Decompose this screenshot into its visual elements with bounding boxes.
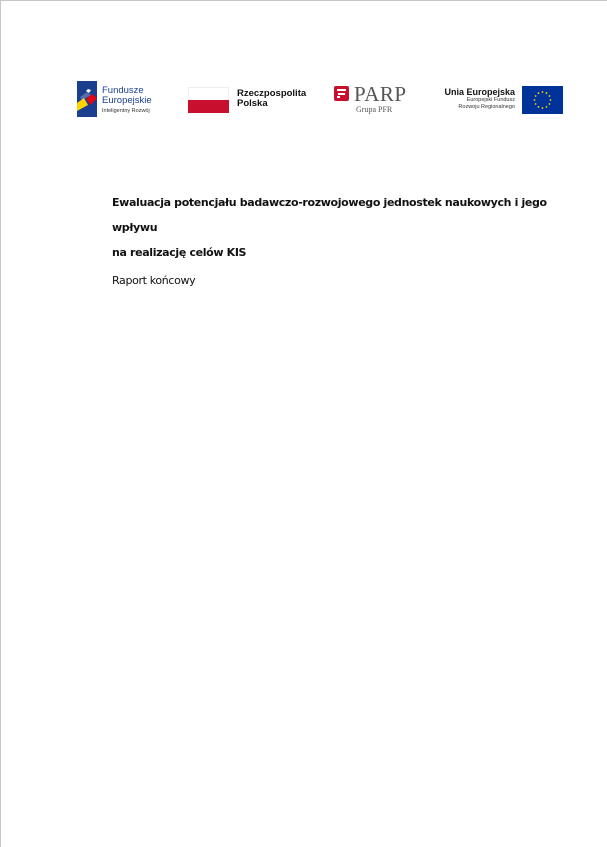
parp-name: PARP bbox=[354, 82, 407, 107]
parp-sub: Grupa PFR bbox=[356, 105, 392, 114]
parp-mark-icon bbox=[334, 86, 349, 101]
document-title: Ewaluacja potencjału badawczo-rozwojoweg… bbox=[112, 190, 552, 265]
document-subtitle: Raport końcowy bbox=[112, 271, 195, 291]
unia-line1: Unia Europejska bbox=[440, 87, 515, 97]
logo-unia-europejska: Unia Europejska Europejski Fundusz Rozwo… bbox=[440, 85, 565, 117]
fundusze-line2: Europejskie bbox=[102, 96, 152, 106]
eu-flag-icon bbox=[522, 86, 563, 114]
document-page: Fundusze Europejskie Inteligentny Rozwój… bbox=[0, 0, 607, 847]
title-line-1: Ewaluacja potencjału badawczo-rozwojoweg… bbox=[112, 190, 552, 240]
polish-flag-icon bbox=[188, 87, 229, 113]
title-line-2: na realizację celów KIS bbox=[112, 240, 552, 265]
rzeczpospolita-line2: Polska bbox=[237, 99, 306, 109]
logo-fundusze-europejskie: Fundusze Europejskie Inteligentny Rozwój bbox=[77, 81, 167, 119]
logo-parp: PARP Grupa PFR bbox=[334, 83, 424, 119]
unia-line2: Europejski Fundusz bbox=[440, 97, 515, 104]
fundusze-europejskie-star-icon bbox=[77, 81, 97, 117]
logo-rzeczpospolita-polska: Rzeczpospolita Polska bbox=[188, 85, 313, 115]
unia-line3: Rozwoju Regionalnego bbox=[440, 104, 515, 111]
fundusze-line3: Inteligentny Rozwój bbox=[102, 107, 152, 115]
